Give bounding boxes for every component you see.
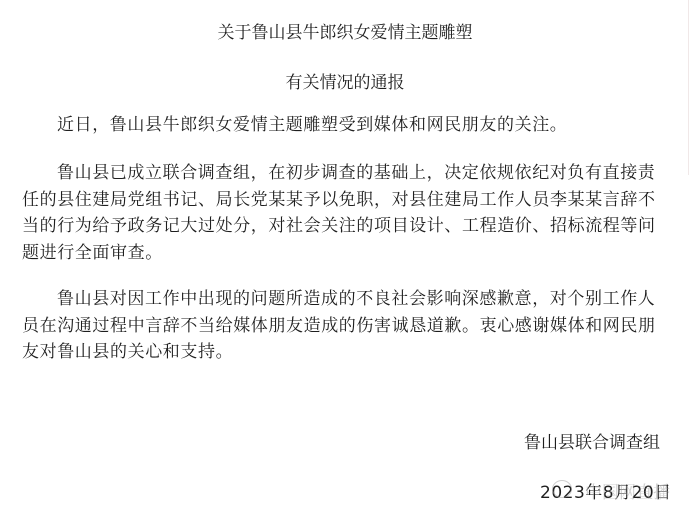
weibo-icon — [552, 480, 572, 498]
signature: 鲁山县联合调查组 — [524, 428, 660, 453]
paragraph-3: 鲁山县对因工作中出现的问题所造成的不良社会影响深感歉意，对个别工作人员在沟通过程… — [22, 286, 668, 366]
paragraph-2: 鲁山县已成立联合调查组，在初步调查的基础上，决定依规依纪对负有直接责任的县住建局… — [22, 160, 668, 266]
document-title-line1: 关于鲁山县牛郎织女爱情主题雕塑 — [0, 18, 690, 43]
document-title-line2: 有关情况的通报 — [0, 68, 690, 93]
paragraph-1: 近日，鲁山县牛郎织女爱情主题雕塑受到媒体和网民朋友的关注。 — [22, 112, 668, 139]
watermark-text: 中国网直播 — [585, 478, 670, 503]
